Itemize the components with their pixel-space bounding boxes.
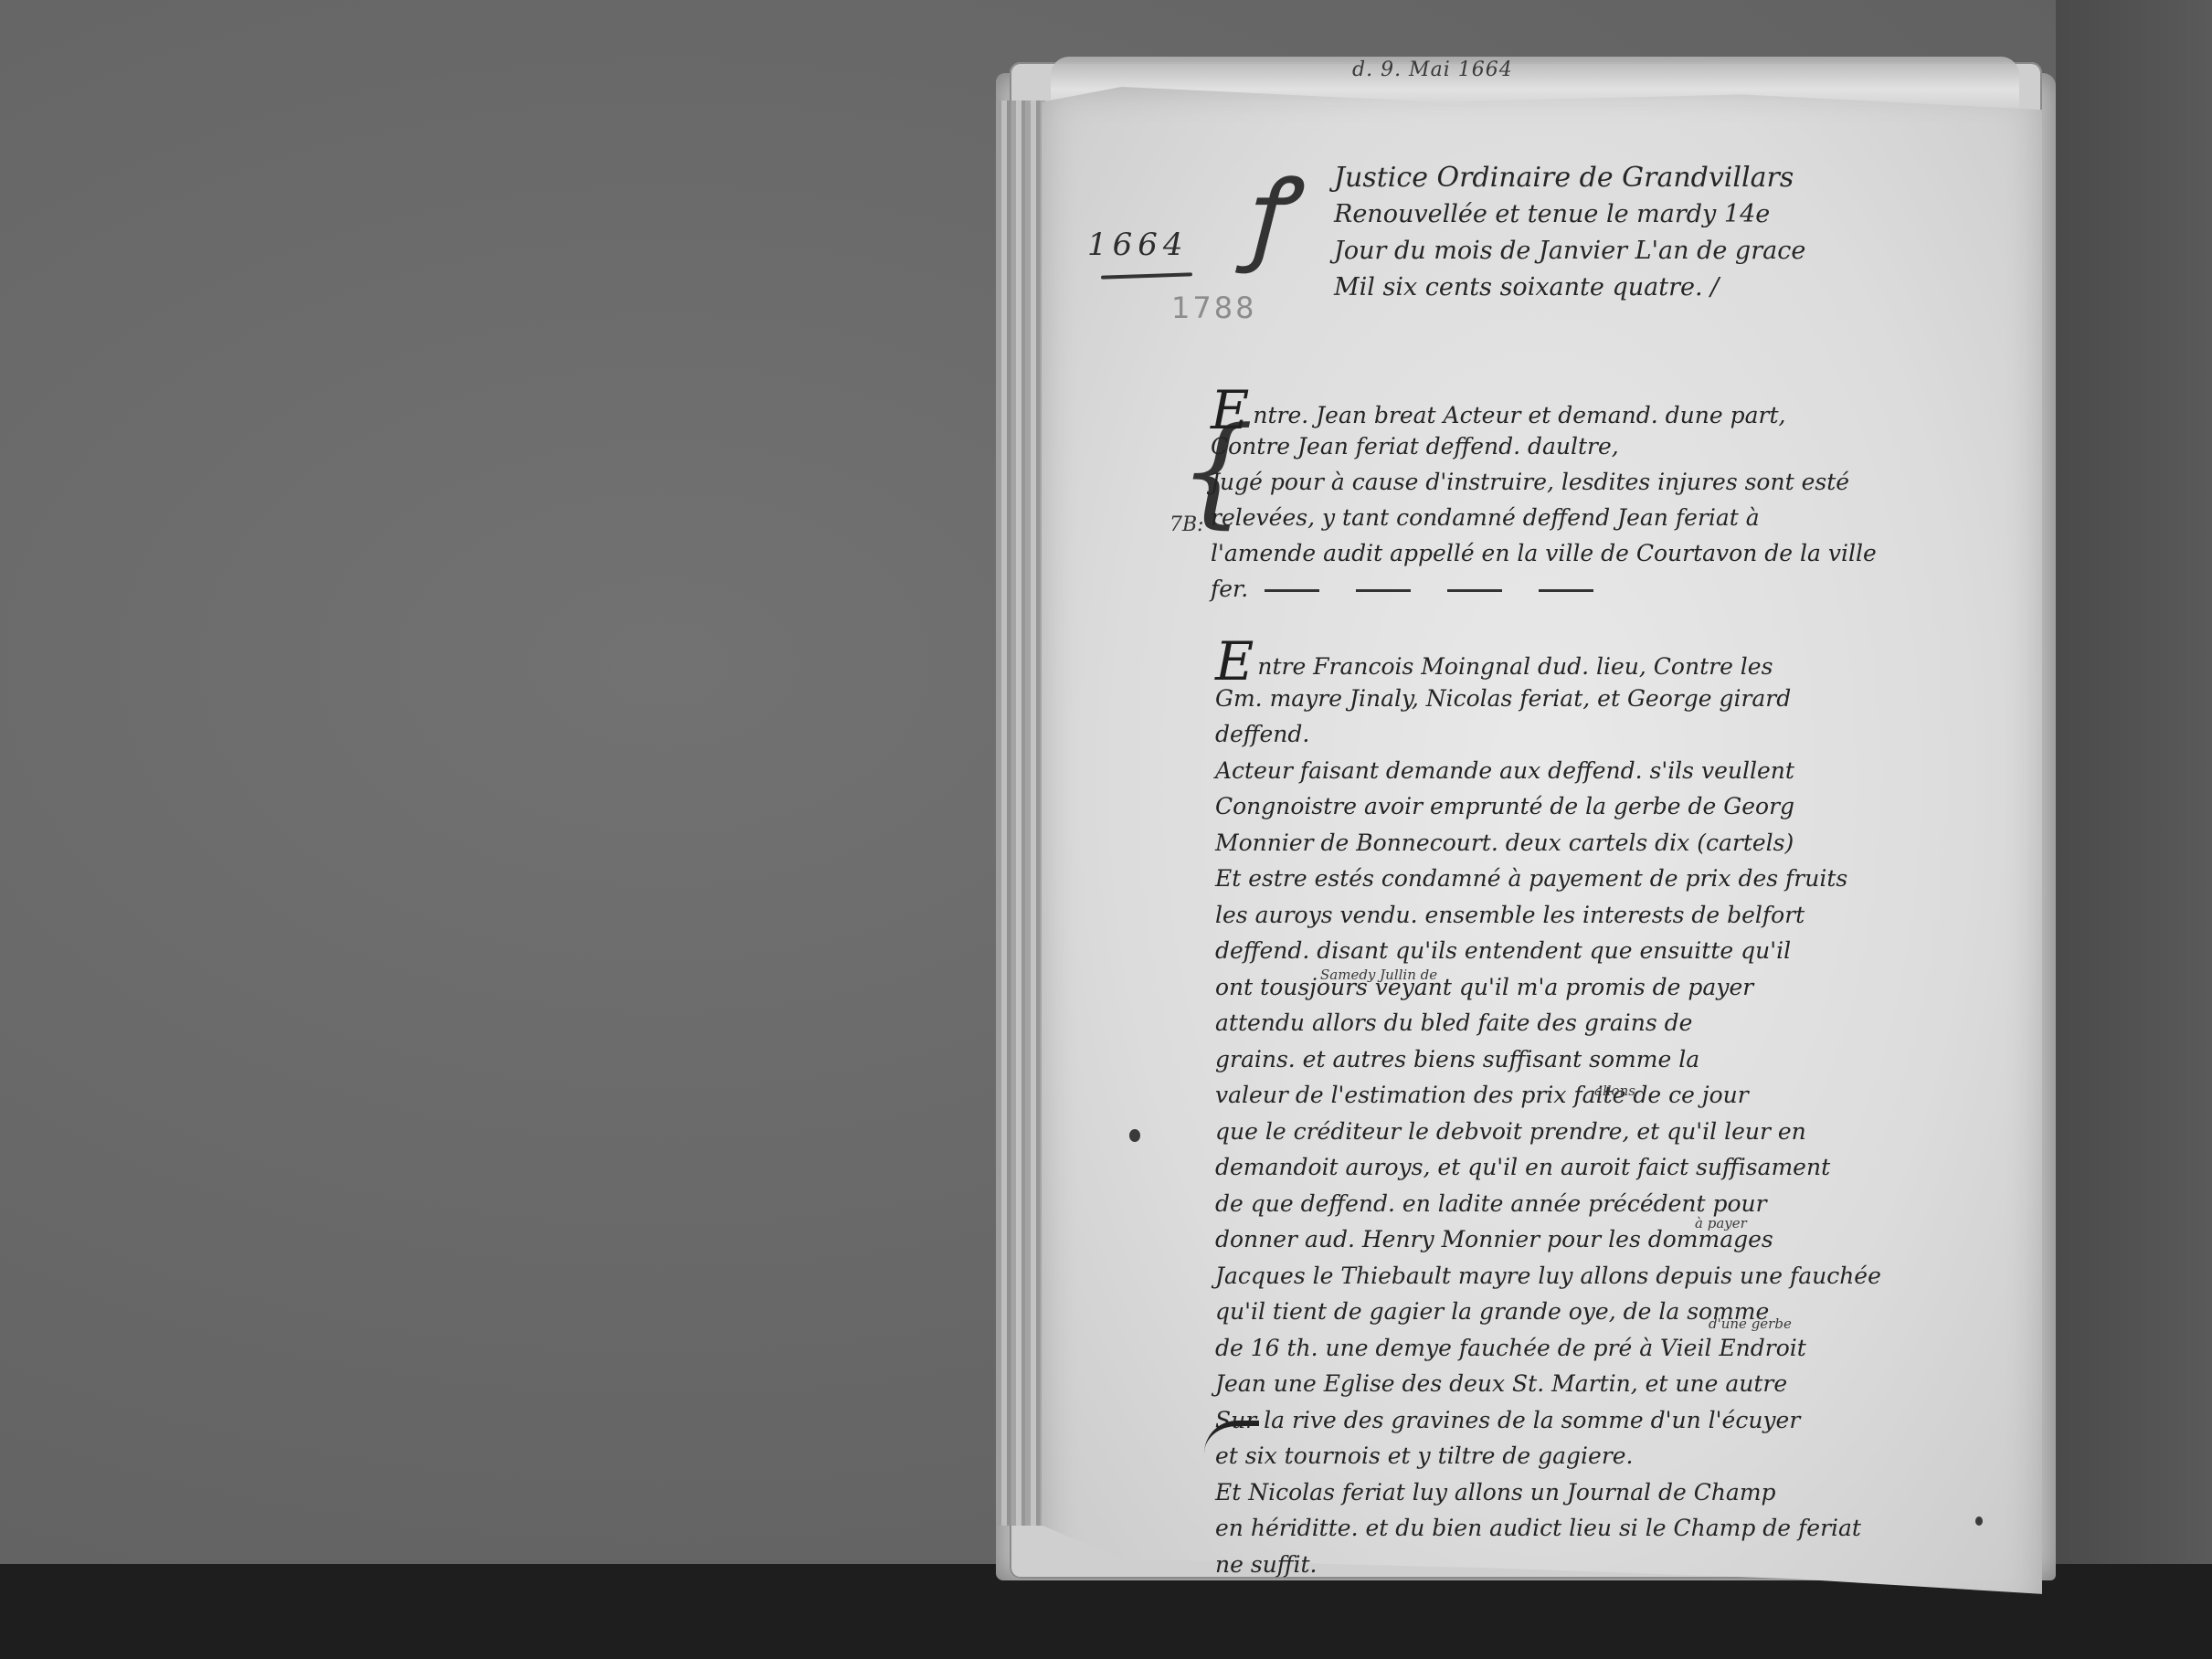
entry-line: que le créditeur le debvoit prendre, et … <box>1215 1114 2037 1150</box>
entry-line: donner aud. Henry Monnier pour les domma… <box>1215 1221 2037 1258</box>
court-entry-2: Entre Francois Moingnal dud. lieu, Contr… <box>1215 644 2037 1582</box>
entry-line: Congnoistre avoir emprunté de la gerbe d… <box>1215 788 2037 825</box>
heading-line: Jour du mois de Janvier L'an de grace <box>1334 233 1919 269</box>
archive-number: 1788 <box>1171 291 1256 325</box>
ink-blot <box>1129 1129 1140 1142</box>
entry-line: grains. et autres biens suffisant somme … <box>1215 1041 2037 1078</box>
heading-line: Renouvellée et tenue le mardy 14e <box>1334 196 1919 233</box>
entry-line: Contre Jean feriat deffend. daultre, <box>1211 428 2033 464</box>
entry-line: ne suffit. <box>1215 1547 2037 1583</box>
closing-dashes <box>1265 571 1630 607</box>
entry-line: les auroys vendu. ensemble les interests… <box>1215 897 2037 934</box>
heading-line: Mil six cents soixante quatre. / <box>1334 269 1919 306</box>
top-edge-note: d. 9. Mai 1664 <box>1352 58 1513 81</box>
interlinear-note: allons <box>1594 1083 1635 1099</box>
entry-line: l'amende audit appellé en la ville de Co… <box>1211 535 2033 571</box>
entry-line: Monnier de Bonnecourt. deux cartels dix … <box>1215 825 2037 861</box>
interlinear-note: d'une gerbe <box>1709 1316 1792 1332</box>
document-heading: Justice Ordinaire de Grandvillars Renouv… <box>1334 160 1919 306</box>
entry-line: Jacques le Thiebault mayre luy allons de… <box>1215 1258 2037 1294</box>
entry-line: Et Nicolas feriat luy allons un Journal … <box>1215 1474 2037 1511</box>
entry-line: de que deffend. en ladite année précéden… <box>1215 1186 2037 1222</box>
entry-line: ntre Francois Moingnal dud. lieu, Contre… <box>1257 653 1773 680</box>
entry-line: et six tournois et y tiltre de gagiere. <box>1215 1438 2037 1474</box>
heading-line: Justice Ordinaire de Grandvillars <box>1334 160 1919 196</box>
entry-line: Acteur faisant demande aux deffend. s'il… <box>1215 753 2037 789</box>
interlinear-note: à payer <box>1695 1215 1747 1231</box>
entry-line: en hériditte. et du bien audict lieu si … <box>1215 1510 2037 1547</box>
heading-flourish-icon: ꝭ <box>1243 164 1290 265</box>
entry-line: relevées, y tant condamné deffend Jean f… <box>1211 500 2033 535</box>
entry-line: fer. <box>1211 576 1248 602</box>
entry-line: attendu allors du bled faite des grains … <box>1215 1005 2037 1041</box>
entry-line: deffend. disant qu'ils entendent que ens… <box>1215 933 2037 969</box>
entry-line: demandoit auroys, et qu'il en auroit fai… <box>1215 1149 2037 1186</box>
right-shadow-strip <box>2056 0 2212 1659</box>
entry-line: Jugé pour à cause d'instruire, lesdites … <box>1211 464 2033 500</box>
court-entry-1: Entre. Jean breat Acteur et demand. dune… <box>1211 393 2033 607</box>
entry-line: deffend. <box>1215 716 2037 753</box>
entry-line: Gm. mayre Jinaly, Nicolas feriat, et Geo… <box>1215 681 2037 717</box>
entry-line: qu'il tient de gagier la grande oye, de … <box>1215 1294 2037 1330</box>
margin-year: 1664 <box>1087 227 1189 263</box>
spine-binding-edge <box>996 100 1046 1526</box>
entry-line: Et estre estés condamné à payement de pr… <box>1215 861 2037 897</box>
entry-line: ntre. Jean breat Acteur et demand. dune … <box>1253 402 1785 428</box>
ink-blot <box>1975 1516 1983 1526</box>
entry-line: de 16 th. une demye fauchée de pré à Vie… <box>1215 1330 2037 1367</box>
entry-line: Jean une Eglise des deux St. Martin, et … <box>1215 1366 2037 1402</box>
entry-line: Sur la rive des gravines de la somme d'u… <box>1215 1402 2037 1439</box>
interlinear-note: Samedy Jullin de <box>1320 967 1437 983</box>
